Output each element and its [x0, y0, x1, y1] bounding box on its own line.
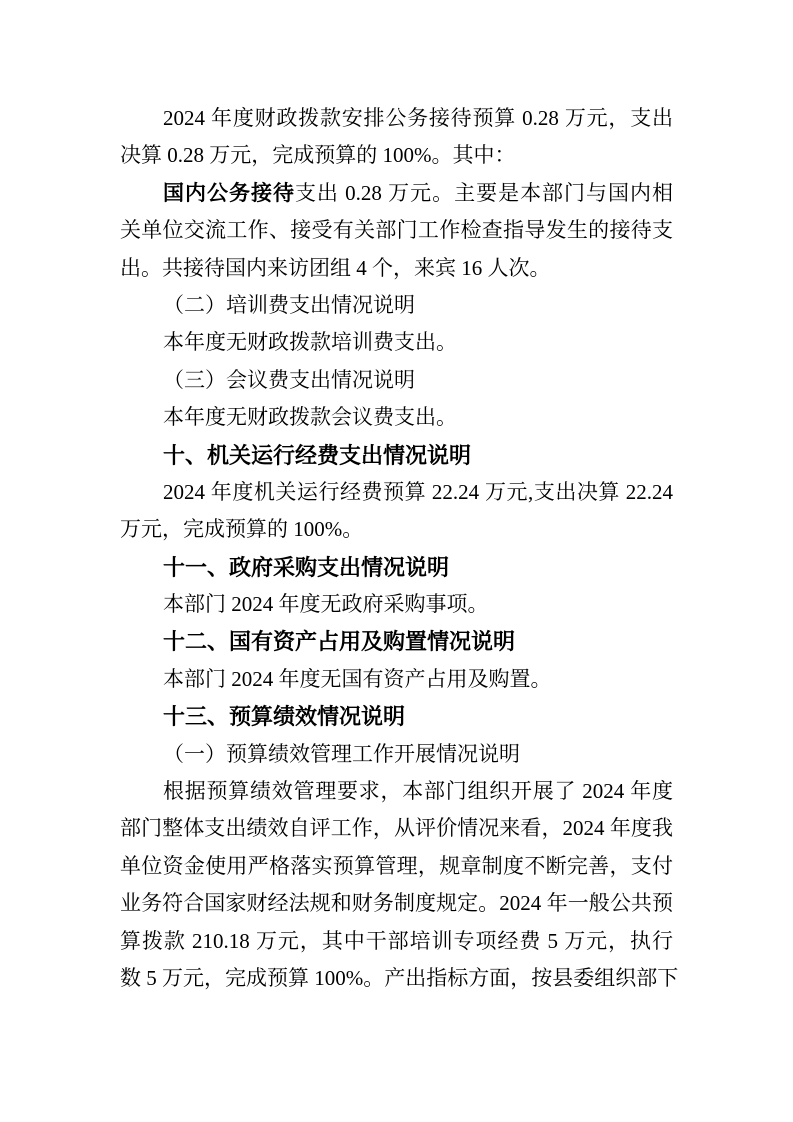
para-reception-budget-line-1: 2024 年度财政拨款安排公务接待预算 0.28 万元，支出 — [120, 100, 673, 137]
bold-domestic-reception: 国内公务接待 — [163, 181, 295, 205]
para-meeting-fee: 本年度无财政拨款会议费支出。 — [120, 399, 673, 436]
subheading-meeting-fee: （三）会议费支出情况说明 — [120, 362, 673, 399]
para-performance-line-1: 根据预算绩效管理要求，本部门组织开展了 2024 年度 — [120, 773, 673, 810]
document-page: 2024 年度财政拨款安排公务接待预算 0.28 万元，支出 决算 0.28 万… — [0, 0, 793, 1122]
para-performance-line-6: 数 5 万元，完成预算 100%。产出指标方面，按县委组织部下 — [120, 960, 673, 997]
para-operating-expenses-line-1: 2024 年度机关运行经费预算 22.24 万元,支出决算 22.24 — [120, 474, 673, 511]
para-performance-line-2: 部门整体支出绩效自评工作，从评价情况来看，2024 年度我 — [120, 810, 673, 847]
para-performance-line-5: 算拨款 210.18 万元，其中干部培训专项经费 5 万元，执行 — [120, 923, 673, 960]
subheading-training-fee: （二）培训费支出情况说明 — [120, 287, 673, 324]
para-domestic-reception-text: 支出 0.28 万元。主要是本部门与国内相 — [295, 181, 673, 205]
heading-11-government-procurement: 十一、政府采购支出情况说明 — [120, 549, 673, 586]
para-reception-budget-line-2: 决算 0.28 万元，完成预算的 100%。其中： — [120, 137, 673, 174]
para-performance-line-4: 业务符合国家财经法规和财务制度规定。2024 年一般公共预 — [120, 885, 673, 922]
para-domestic-reception-line-2: 关单位交流工作、接受有关部门工作检查指导发生的接待支 — [120, 212, 673, 249]
para-operating-expenses-line-2: 万元，完成预算的 100%。 — [120, 511, 673, 548]
heading-10-operating-expenses: 十、机关运行经费支出情况说明 — [120, 437, 673, 474]
para-government-procurement: 本部门 2024 年度无政府采购事项。 — [120, 586, 673, 623]
para-state-assets: 本部门 2024 年度无国有资产占用及购置。 — [120, 661, 673, 698]
heading-13-budget-performance: 十三、预算绩效情况说明 — [120, 698, 673, 735]
para-training-fee: 本年度无财政拨款培训费支出。 — [120, 324, 673, 361]
document-text: 2024 年度财政拨款安排公务接待预算 0.28 万元，支出 决算 0.28 万… — [120, 100, 673, 997]
subheading-performance-management: （一）预算绩效管理工作开展情况说明 — [120, 736, 673, 773]
heading-12-state-assets: 十二、国有资产占用及购置情况说明 — [120, 623, 673, 660]
para-performance-line-3: 单位资金使用严格落实预算管理，规章制度不断完善，支付 — [120, 848, 673, 885]
para-domestic-reception-line-1: 国内公务接待支出 0.28 万元。主要是本部门与国内相 — [120, 175, 673, 212]
para-domestic-reception-line-3: 出。共接待国内来访团组 4 个，来宾 16 人次。 — [120, 250, 673, 287]
